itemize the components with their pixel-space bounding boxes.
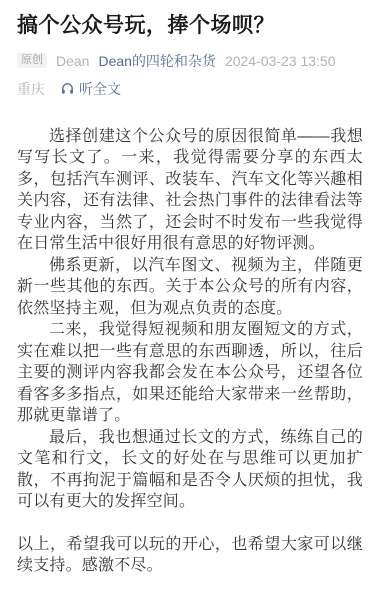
paragraph: 以上，希望我可以玩的开心，也希望大家可以继续支持。感激不尽。 — [17, 534, 363, 577]
paragraph: 选择创建这个公众号的原因很简单——我想写写长文了。一来，我觉得需要分享的东西太多… — [17, 126, 363, 255]
paragraph: 佛系更新，以汽车图文、视频为主，伴随更新一些其他的东西。关于本公众号的所有内容，… — [17, 255, 363, 320]
author-name: Dean — [56, 53, 89, 69]
paragraph: 二来，我觉得短视频和朋友圈短文的方式，实在难以把一些有意思的东西聊透，所以，往后… — [17, 319, 363, 427]
listen-full-text-label: 听全文 — [79, 79, 121, 99]
wechat-article-page: 搞个公众号玩，捧个场呗？ 原创 Dean Dean的四轮和杂货 2024-03-… — [0, 0, 380, 611]
article-meta-row-2: 重庆 听全文 — [17, 79, 363, 99]
headphones-icon — [60, 81, 75, 96]
listen-full-text-button[interactable]: 听全文 — [60, 79, 121, 99]
article-body: 选择创建这个公众号的原因很简单——我想写写长文了。一来，我觉得需要分享的东西太多… — [17, 126, 363, 577]
original-badge: 原创 — [17, 53, 47, 68]
paragraph: 最后，我也想通过长文的方式，练练自己的文笔和行文，长文的好处在与思维可以更加扩散… — [17, 427, 363, 513]
publish-time: 2024-03-23 13:50 — [225, 53, 336, 69]
location-label: 重庆 — [17, 79, 45, 99]
account-name-link[interactable]: Dean的四轮和杂货 — [98, 51, 215, 71]
article-title: 搞个公众号玩，捧个场呗？ — [17, 12, 363, 40]
article-meta-row: 原创 Dean Dean的四轮和杂货 2024-03-23 13:50 — [17, 51, 363, 71]
